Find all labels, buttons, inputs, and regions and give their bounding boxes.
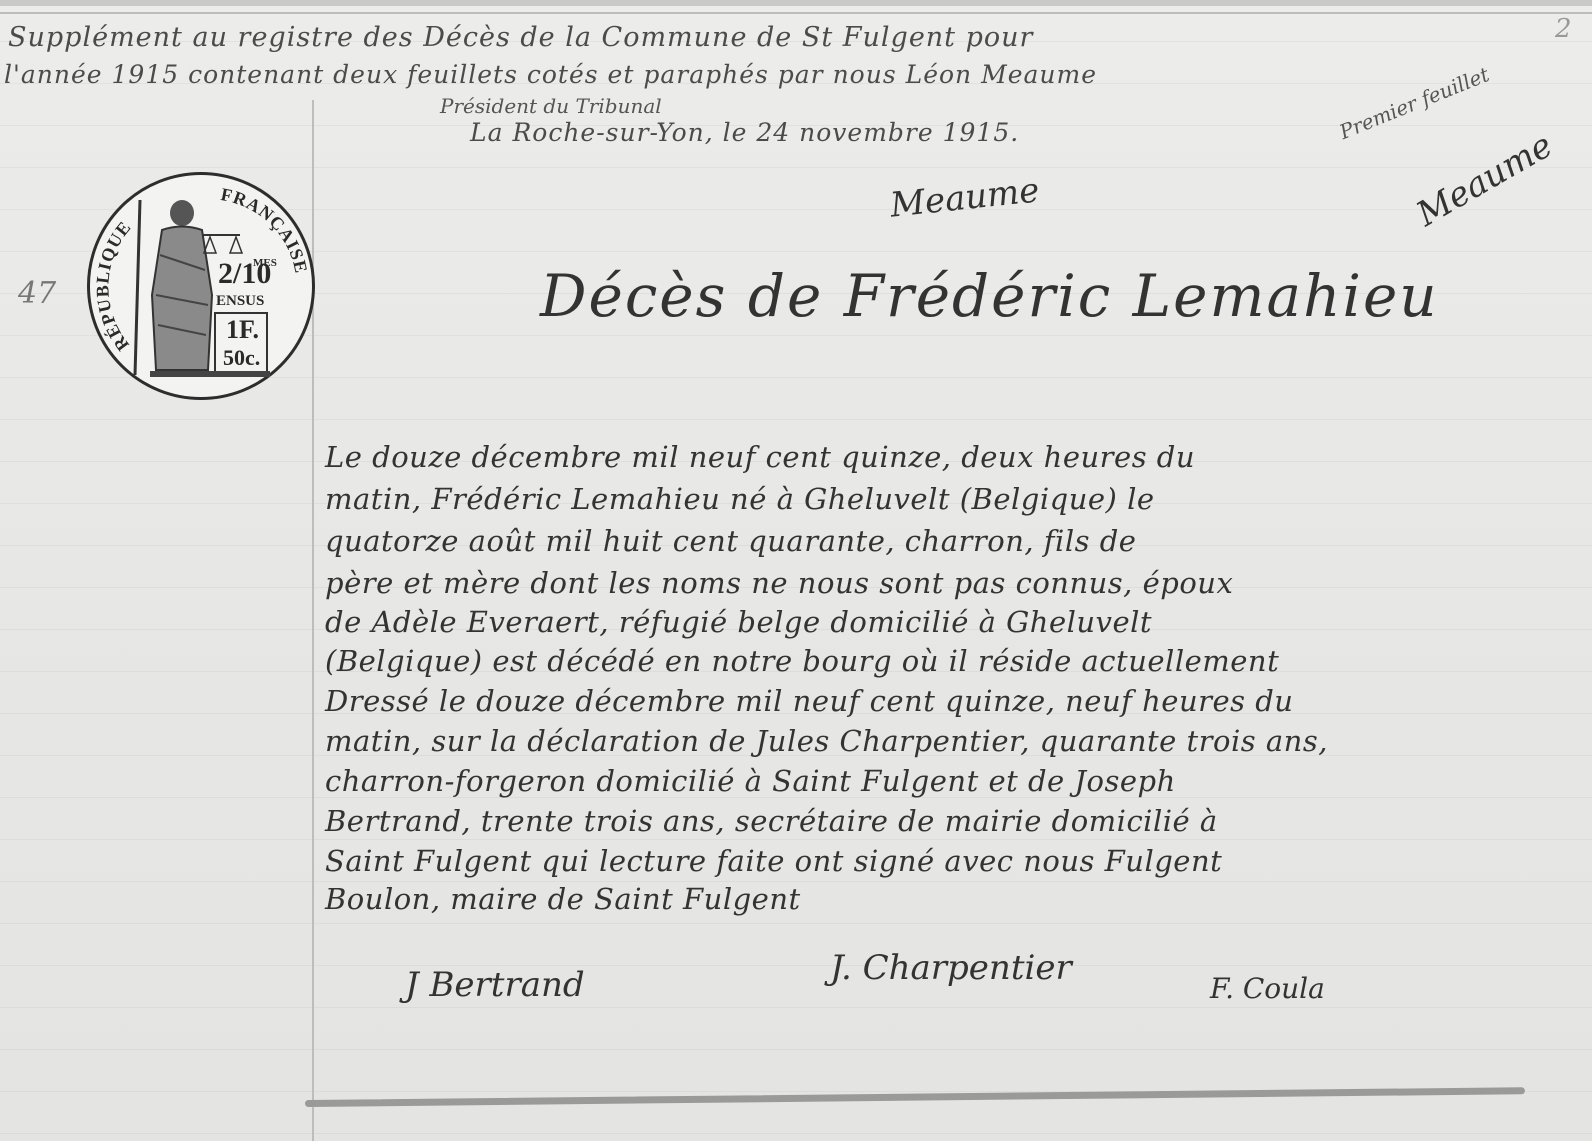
stamp-amount-francs: 1F.	[226, 315, 259, 345]
header-line-1: Supplément au registre des Décès de la C…	[8, 22, 1033, 53]
signature-coula: F. Coula	[1210, 972, 1325, 1005]
page-top-edge	[0, 0, 1592, 6]
body-line-12: Boulon, maire de Saint Fulgent	[325, 882, 801, 916]
body-line-4: père et mère dont les noms ne nous sont …	[325, 566, 1233, 600]
margin-note-signature: Meaume	[1410, 125, 1559, 234]
body-line-9: charron-forgeron domicilié à Saint Fulge…	[325, 764, 1176, 798]
body-line-6: (Belgique) est décédé en notre bourg où …	[325, 644, 1279, 678]
body-line-10: Bertrand, trente trois ans, secrétaire d…	[325, 804, 1218, 838]
record-title: Décès de Frédéric Lemahieu	[540, 262, 1439, 330]
marianne-justice-icon: RÉPUBLIQUE FRANÇAISE	[90, 175, 312, 397]
body-line-5: de Adèle Everaert, réfugié belge domicil…	[325, 605, 1152, 639]
top-rule	[0, 12, 1592, 14]
body-line-11: Saint Fulgent qui lecture faite ont sign…	[325, 844, 1222, 878]
entry-number: 47	[18, 276, 56, 311]
signature-bertrand: J Bertrand	[405, 965, 585, 1005]
stamp-tax-label: ENSUS	[216, 293, 264, 310]
margin-note-label: Premier feuillet	[1336, 62, 1493, 144]
body-line-2: matin, Frédéric Lemahieu né à Gheluvelt …	[325, 482, 1155, 516]
stamp-amount-centimes: 50c.	[223, 345, 260, 371]
header-line-4: La Roche-sur-Yon, le 24 novembre 1915.	[470, 118, 1019, 147]
body-line-8: matin, sur la déclaration de Jules Charp…	[325, 724, 1328, 758]
stamp-ring-left: RÉPUBLIQUE	[92, 217, 135, 355]
body-line-1: Le douze décembre mil neuf cent quinze, …	[325, 440, 1195, 474]
signature-charpentier: J. Charpentier	[830, 948, 1072, 988]
page-number: 2	[1555, 14, 1572, 44]
margin-line	[312, 100, 314, 1141]
body-line-7: Dressé le douze décembre mil neuf cent q…	[325, 684, 1293, 718]
body-line-3: quatorze août mil huit cent quarante, ch…	[325, 524, 1136, 558]
svg-text:RÉPUBLIQUE: RÉPUBLIQUE	[92, 217, 135, 355]
closing-rule	[305, 1087, 1525, 1107]
document-page: 2 Supplément au registre des Décès de la…	[0, 0, 1592, 1141]
header-line-3: Président du Tribunal	[440, 94, 662, 118]
fiscal-stamp: RÉPUBLIQUE FRANÇAISE 2/10 MES ENSUS 1F. …	[87, 172, 315, 400]
header-signature: Meaume	[888, 170, 1041, 225]
header-line-2: l'année 1915 contenant deux feuillets co…	[4, 60, 1097, 89]
stamp-tax-sup: MES	[253, 257, 277, 269]
